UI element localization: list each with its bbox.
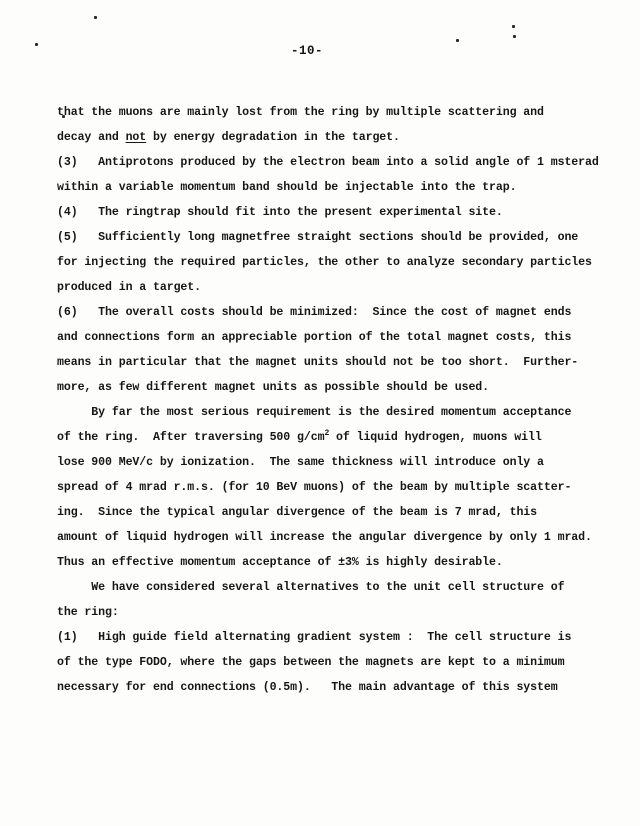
text-segment: By far the most serious requirement is t… <box>57 406 571 419</box>
text-block: that the muons are mainly lost from the … <box>57 100 627 700</box>
text-line: lose 900 MeV/c by ionization. The same t… <box>57 450 627 475</box>
text-segment: lose 900 MeV/c by ionization. The same t… <box>57 456 544 469</box>
text-line: and connections form an appreciable port… <box>57 325 627 350</box>
text-segment: decay and <box>57 131 126 144</box>
text-segment: Thus an effective momentum acceptance of… <box>57 556 503 569</box>
text-segment: that the muons are mainly lost from the … <box>57 106 544 119</box>
text-line: of the ring. After traversing 500 g/cm2 … <box>57 425 627 450</box>
scanned-document-page: -10- that the muons are mainly lost from… <box>0 0 640 826</box>
text-line: within a variable momentum band should b… <box>57 175 627 200</box>
text-line: decay and not by energy degradation in t… <box>57 125 627 150</box>
text-segment: and connections form an appreciable port… <box>57 331 571 344</box>
text-line: necessary for end connections (0.5m). Th… <box>57 675 627 700</box>
text-segment: of the type FODO, where the gaps between… <box>57 656 564 669</box>
text-segment: amount of liquid hydrogen will increase … <box>57 531 592 544</box>
text-line: spread of 4 mrad r.m.s. (for 10 BeV muon… <box>57 475 627 500</box>
text-segment: (3) Antiprotons produced by the electron… <box>57 156 599 169</box>
text-line: means in particular that the magnet unit… <box>57 350 627 375</box>
text-segment: (4) The ringtrap should fit into the pre… <box>57 206 503 219</box>
text-line: ing. Since the typical angular divergenc… <box>57 500 627 525</box>
text-line: (3) Antiprotons produced by the electron… <box>57 150 627 175</box>
text-line: Thus an effective momentum acceptance of… <box>57 550 627 575</box>
scan-speck <box>513 35 516 38</box>
text-segment: We have considered several alternatives … <box>57 581 564 594</box>
text-line: produced in a target. <box>57 275 627 300</box>
text-segment: more, as few different magnet units as p… <box>57 381 489 394</box>
text-segment: of liquid hydrogen, muons will <box>329 431 542 444</box>
text-line: that the muons are mainly lost from the … <box>57 100 627 125</box>
scan-speck <box>62 115 65 118</box>
scan-speck <box>35 43 38 46</box>
text-segment: (1) High guide field alternating gradien… <box>57 631 571 644</box>
text-line: the ring: <box>57 600 627 625</box>
text-segment: necessary for end connections (0.5m). Th… <box>57 681 558 694</box>
scan-speck <box>456 39 459 42</box>
text-segment: within a variable momentum band should b… <box>57 181 516 194</box>
text-segment: spread of 4 mrad r.m.s. (for 10 BeV muon… <box>57 481 571 494</box>
page-number: -10- <box>0 44 614 58</box>
text-line: for injecting the required particles, th… <box>57 250 627 275</box>
text-segment: (6) The overall costs should be minimize… <box>57 306 571 319</box>
text-line: more, as few different magnet units as p… <box>57 375 627 400</box>
text-segment: (5) Sufficiently long magnetfree straigh… <box>57 231 578 244</box>
text-line: (1) High guide field alternating gradien… <box>57 625 627 650</box>
text-line: amount of liquid hydrogen will increase … <box>57 525 627 550</box>
underlined-text: not <box>126 131 147 144</box>
text-line: (4) The ringtrap should fit into the pre… <box>57 200 627 225</box>
text-segment: ing. Since the typical angular divergenc… <box>57 506 537 519</box>
text-line: of the type FODO, where the gaps between… <box>57 650 627 675</box>
text-segment: by energy degradation in the target. <box>146 131 400 144</box>
scan-speck <box>512 25 515 28</box>
text-line: (6) The overall costs should be minimize… <box>57 300 627 325</box>
text-segment: means in particular that the magnet unit… <box>57 356 578 369</box>
text-segment: produced in a target. <box>57 281 201 294</box>
text-segment: for injecting the required particles, th… <box>57 256 592 269</box>
text-line: By far the most serious requirement is t… <box>57 400 627 425</box>
text-line: (5) Sufficiently long magnetfree straigh… <box>57 225 627 250</box>
scan-speck <box>94 16 97 19</box>
text-segment: of the ring. After traversing 500 g/cm <box>57 431 324 444</box>
text-line: We have considered several alternatives … <box>57 575 627 600</box>
text-segment: the ring: <box>57 606 119 619</box>
